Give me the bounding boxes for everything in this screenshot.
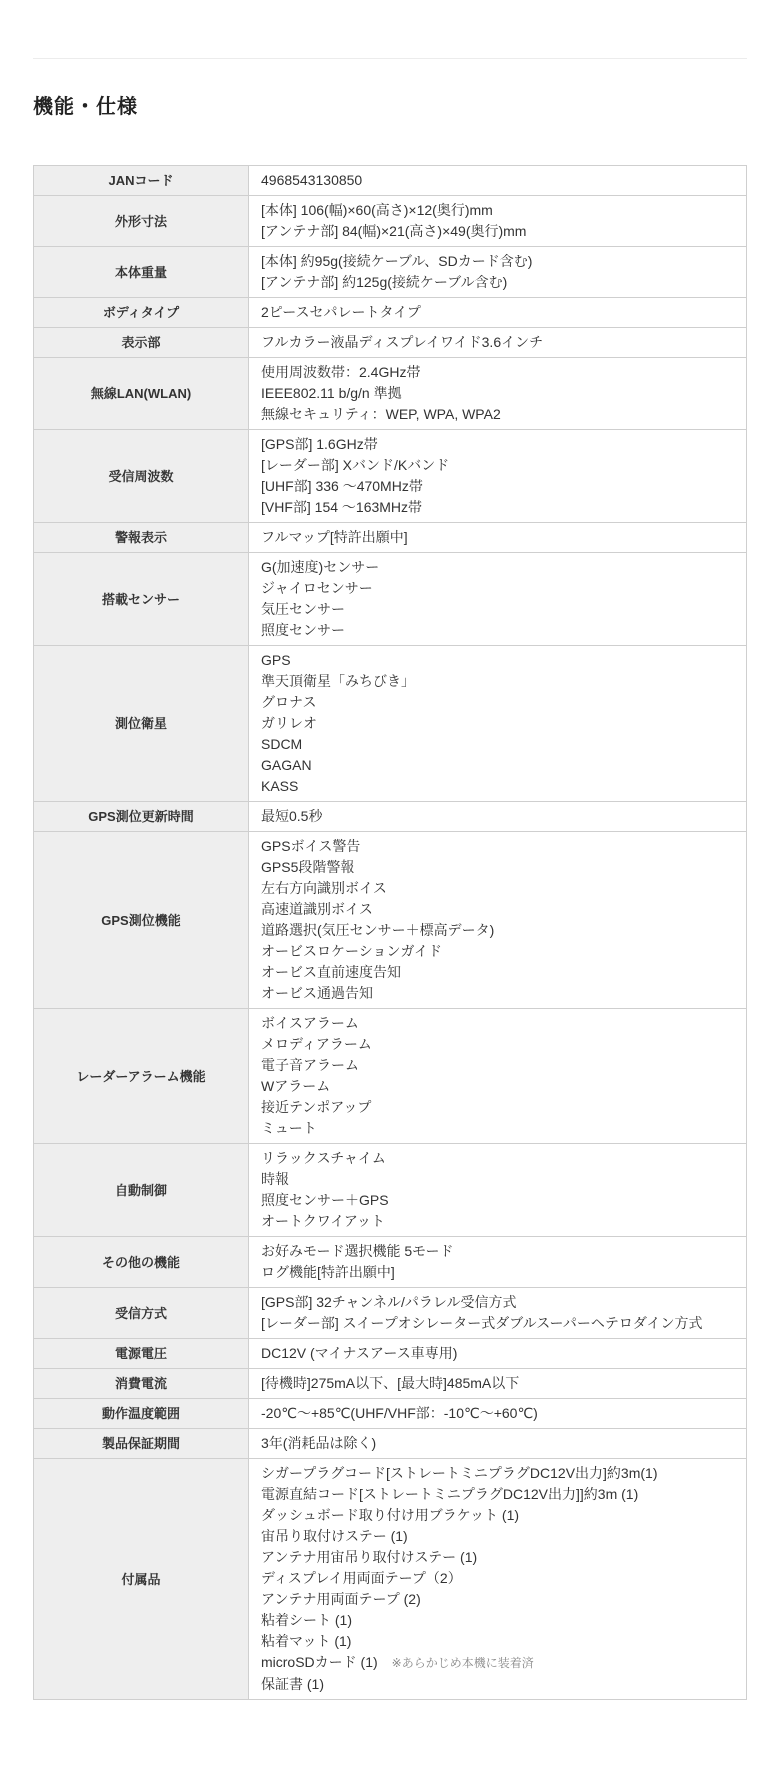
spec-row: その他の機能お好みモード選択機能 5モードログ機能[特許出願中]	[34, 1237, 747, 1288]
spec-row: 消費電流[待機時]275mA以下、[最大時]485mA以下	[34, 1369, 747, 1399]
spec-value-line: 気圧センサー	[261, 599, 734, 620]
spec-value-text: microSDカード (1)	[261, 1654, 378, 1670]
spec-value-line: 時報	[261, 1169, 734, 1190]
spec-value-line: [VHF部] 154 ～163MHz帯	[261, 497, 734, 518]
spec-value-line: メロディアラーム	[261, 1034, 734, 1055]
spec-value-line: KASS	[261, 776, 734, 797]
spec-value-line: お好みモード選択機能 5モード	[261, 1241, 734, 1262]
spec-value-line: アンテナ用宙吊り取付けステー (1)	[261, 1547, 734, 1568]
spec-label-cell: 無線LAN(WLAN)	[34, 358, 249, 430]
spec-value-cell: 4968543130850	[249, 166, 747, 196]
spec-value-cell: シガープラグコード[ストレートミニプラグDC12V出力]約3m(1)電源直結コー…	[249, 1459, 747, 1700]
spec-value-cell: DC12V (マイナスアース車専用)	[249, 1339, 747, 1369]
section-divider	[33, 58, 747, 59]
spec-value-line: 宙吊り取付けステー (1)	[261, 1526, 734, 1547]
spec-value-line: 保証書 (1)	[261, 1674, 734, 1695]
spec-row: 測位衛星GPS準天頂衛星「みちびき」グロナスガリレオSDCMGAGANKASS	[34, 646, 747, 802]
spec-row: 警報表示フルマップ[特許出願中]	[34, 523, 747, 553]
spec-value-line: GAGAN	[261, 755, 734, 776]
spec-row: 電源電圧DC12V (マイナスアース車専用)	[34, 1339, 747, 1369]
spec-value-line: 4968543130850	[261, 170, 734, 191]
spec-value-line: 3年(消耗品は除く)	[261, 1433, 734, 1454]
spec-value-cell: [本体] 106(幅)×60(高さ)×12(奥行)mm[アンテナ部] 84(幅)…	[249, 196, 747, 247]
spec-row: 無線LAN(WLAN)使用周波数帯：2.4GHz帯IEEE802.11 b/g/…	[34, 358, 747, 430]
spec-value-line: GPS	[261, 650, 734, 671]
spec-value-cell: リラックスチャイム時報照度センサー＋GPSオートクワイアット	[249, 1144, 747, 1237]
spec-section: 機能・仕様 JANコード4968543130850外形寸法[本体] 106(幅)…	[0, 95, 780, 1700]
spec-value-line: ジャイロセンサー	[261, 578, 734, 599]
spec-value-cell: GPSボイス警告GPS5段階警報左右方向識別ボイス高速道識別ボイス道路選択(気圧…	[249, 832, 747, 1009]
spec-value-line: -20℃～+85℃(UHF/VHF部：-10℃～+60℃)	[261, 1403, 734, 1424]
spec-row: 表示部フルカラー液晶ディスプレイワイド3.6インチ	[34, 328, 747, 358]
spec-value-line: [レーダー部] スイープオシレーター式ダブルスーパーヘテロダイン方式	[261, 1313, 734, 1334]
spec-value-line: [UHF部] 336 ～470MHz帯	[261, 476, 734, 497]
spec-value-line: フルマップ[特許出願中]	[261, 527, 734, 548]
spec-row: 自動制御リラックスチャイム時報照度センサー＋GPSオートクワイアット	[34, 1144, 747, 1237]
spec-value-cell: [GPS部] 32チャンネル/パラレル受信方式[レーダー部] スイープオシレータ…	[249, 1288, 747, 1339]
spec-value-line: [GPS部] 1.6GHz帯	[261, 434, 734, 455]
spec-value-line: 準天頂衛星「みちびき」	[261, 671, 734, 692]
spec-label-cell: 自動制御	[34, 1144, 249, 1237]
spec-value-line: 照度センサー＋GPS	[261, 1190, 734, 1211]
spec-value-line: オービスロケーションガイド	[261, 941, 734, 962]
spec-value-cell: G(加速度)センサージャイロセンサー気圧センサー照度センサー	[249, 553, 747, 646]
spec-value-line: 粘着シート (1)	[261, 1610, 734, 1631]
spec-label-cell: 動作温度範囲	[34, 1399, 249, 1429]
spec-value-cell: 最短0.5秒	[249, 802, 747, 832]
spec-value-line: ボイスアラーム	[261, 1013, 734, 1034]
spec-value-cell: [GPS部] 1.6GHz帯[レーダー部] Xバンド/Kバンド[UHF部] 33…	[249, 430, 747, 523]
spec-label-cell: JANコード	[34, 166, 249, 196]
spec-value-line: ミュート	[261, 1118, 734, 1139]
spec-label-cell: GPS測位更新時間	[34, 802, 249, 832]
spec-row: 受信周波数[GPS部] 1.6GHz帯[レーダー部] Xバンド/Kバンド[UHF…	[34, 430, 747, 523]
spec-value-cell: [本体] 約95g(接続ケーブル、SDカード含む)[アンテナ部] 約125g(接…	[249, 247, 747, 298]
spec-value-line: [本体] 106(幅)×60(高さ)×12(奥行)mm	[261, 200, 734, 221]
spec-row: 動作温度範囲-20℃～+85℃(UHF/VHF部：-10℃～+60℃)	[34, 1399, 747, 1429]
spec-label-cell: レーダーアラーム機能	[34, 1009, 249, 1144]
spec-label-cell: 本体重量	[34, 247, 249, 298]
spec-value-cell: フルマップ[特許出願中]	[249, 523, 747, 553]
spec-value-line: Wアラーム	[261, 1076, 734, 1097]
spec-label-cell: 測位衛星	[34, 646, 249, 802]
spec-label-cell: 受信方式	[34, 1288, 249, 1339]
spec-label-cell: 搭載センサー	[34, 553, 249, 646]
spec-value-line: ダッシュボード取り付け用ブラケット (1)	[261, 1505, 734, 1526]
spec-label-cell: 外形寸法	[34, 196, 249, 247]
spec-value-cell: -20℃～+85℃(UHF/VHF部：-10℃～+60℃)	[249, 1399, 747, 1429]
spec-value-line: 高速道識別ボイス	[261, 899, 734, 920]
spec-value-cell: [待機時]275mA以下、[最大時]485mA以下	[249, 1369, 747, 1399]
spec-label-cell: 警報表示	[34, 523, 249, 553]
spec-value-line: リラックスチャイム	[261, 1148, 734, 1169]
spec-row: JANコード4968543130850	[34, 166, 747, 196]
spec-value-line: 照度センサー	[261, 620, 734, 641]
spec-row: 付属品シガープラグコード[ストレートミニプラグDC12V出力]約3m(1)電源直…	[34, 1459, 747, 1700]
spec-value-line: オービス通過告知	[261, 983, 734, 1004]
spec-row: 外形寸法[本体] 106(幅)×60(高さ)×12(奥行)mm[アンテナ部] 8…	[34, 196, 747, 247]
spec-value-line: GPSボイス警告	[261, 836, 734, 857]
spec-row: 製品保証期間3年(消耗品は除く)	[34, 1429, 747, 1459]
spec-page: 機能・仕様 JANコード4968543130850外形寸法[本体] 106(幅)…	[0, 58, 780, 1700]
spec-value-line: GPS5段階警報	[261, 857, 734, 878]
spec-value-line: DC12V (マイナスアース車専用)	[261, 1343, 734, 1364]
spec-value-line: IEEE802.11 b/g/n 準拠	[261, 383, 734, 404]
spec-value-cell: 使用周波数帯：2.4GHz帯IEEE802.11 b/g/n 準拠無線セキュリテ…	[249, 358, 747, 430]
spec-value-cell: フルカラー液晶ディスプレイワイド3.6インチ	[249, 328, 747, 358]
spec-table: JANコード4968543130850外形寸法[本体] 106(幅)×60(高さ…	[33, 165, 747, 1700]
spec-value-line: ガリレオ	[261, 713, 734, 734]
spec-value-cell: 3年(消耗品は除く)	[249, 1429, 747, 1459]
spec-label-cell: 製品保証期間	[34, 1429, 249, 1459]
spec-row: レーダーアラーム機能ボイスアラームメロディアラーム電子音アラームWアラーム接近テ…	[34, 1009, 747, 1144]
spec-value-line: G(加速度)センサー	[261, 557, 734, 578]
spec-value-line: [アンテナ部] 84(幅)×21(高さ)×49(奥行)mm	[261, 221, 734, 242]
spec-row: GPS測位更新時間最短0.5秒	[34, 802, 747, 832]
spec-value-line: 使用周波数帯：2.4GHz帯	[261, 362, 734, 383]
spec-value-cell: ボイスアラームメロディアラーム電子音アラームWアラーム接近テンポアップミュート	[249, 1009, 747, 1144]
spec-value-cell: お好みモード選択機能 5モードログ機能[特許出願中]	[249, 1237, 747, 1288]
page-title: 機能・仕様	[33, 95, 747, 119]
spec-value-line: [GPS部] 32チャンネル/パラレル受信方式	[261, 1292, 734, 1313]
spec-value-line: ログ機能[特許出願中]	[261, 1262, 734, 1283]
spec-row: 受信方式[GPS部] 32チャンネル/パラレル受信方式[レーダー部] スイープオ…	[34, 1288, 747, 1339]
spec-label-cell: 付属品	[34, 1459, 249, 1700]
spec-value-line: シガープラグコード[ストレートミニプラグDC12V出力]約3m(1)	[261, 1463, 734, 1484]
spec-label-cell: ボディタイプ	[34, 298, 249, 328]
spec-value-line: SDCM	[261, 734, 734, 755]
spec-value-line: [アンテナ部] 約125g(接続ケーブル含む)	[261, 272, 734, 293]
spec-value-line: 接近テンポアップ	[261, 1097, 734, 1118]
spec-value-line: オービス直前速度告知	[261, 962, 734, 983]
spec-value-line: 粘着マット (1)	[261, 1631, 734, 1652]
spec-label-cell: 表示部	[34, 328, 249, 358]
spec-value-line: フルカラー液晶ディスプレイワイド3.6インチ	[261, 332, 734, 353]
spec-label-cell: GPS測位機能	[34, 832, 249, 1009]
spec-value-line: オートクワイアット	[261, 1211, 734, 1232]
spec-row: GPS測位機能GPSボイス警告GPS5段階警報左右方向識別ボイス高速道識別ボイス…	[34, 832, 747, 1009]
spec-value-line: microSDカード (1)※あらかじめ本機に装着済	[261, 1652, 734, 1674]
spec-label-cell: その他の機能	[34, 1237, 249, 1288]
spec-row: 搭載センサーG(加速度)センサージャイロセンサー気圧センサー照度センサー	[34, 553, 747, 646]
spec-value-line: 無線セキュリティ：WEP, WPA, WPA2	[261, 404, 734, 425]
spec-value-line: 電子音アラーム	[261, 1055, 734, 1076]
spec-value-line: [レーダー部] Xバンド/Kバンド	[261, 455, 734, 476]
spec-label-cell: 電源電圧	[34, 1339, 249, 1369]
spec-value-line: [待機時]275mA以下、[最大時]485mA以下	[261, 1373, 734, 1394]
spec-value-cell: 2ピースセパレートタイプ	[249, 298, 747, 328]
spec-value-line: ディスプレイ用両面テープ（2）	[261, 1568, 734, 1589]
spec-value-line: アンテナ用両面テープ (2)	[261, 1589, 734, 1610]
spec-value-line: 2ピースセパレートタイプ	[261, 302, 734, 323]
spec-value-line: 最短0.5秒	[261, 806, 734, 827]
spec-value-cell: GPS準天頂衛星「みちびき」グロナスガリレオSDCMGAGANKASS	[249, 646, 747, 802]
spec-value-line: 左右方向識別ボイス	[261, 878, 734, 899]
spec-label-cell: 受信周波数	[34, 430, 249, 523]
preinstalled-note: ※あらかじめ本機に装着済	[392, 1656, 534, 1670]
spec-value-line: 道路選択(気圧センサー＋標高データ)	[261, 920, 734, 941]
spec-value-line: グロナス	[261, 692, 734, 713]
spec-label-cell: 消費電流	[34, 1369, 249, 1399]
spec-row: 本体重量[本体] 約95g(接続ケーブル、SDカード含む)[アンテナ部] 約12…	[34, 247, 747, 298]
spec-value-line: 電源直結コード[ストレートミニプラグDC12V出力]]約3m (1)	[261, 1484, 734, 1505]
spec-row: ボディタイプ2ピースセパレートタイプ	[34, 298, 747, 328]
spec-value-line: [本体] 約95g(接続ケーブル、SDカード含む)	[261, 251, 734, 272]
